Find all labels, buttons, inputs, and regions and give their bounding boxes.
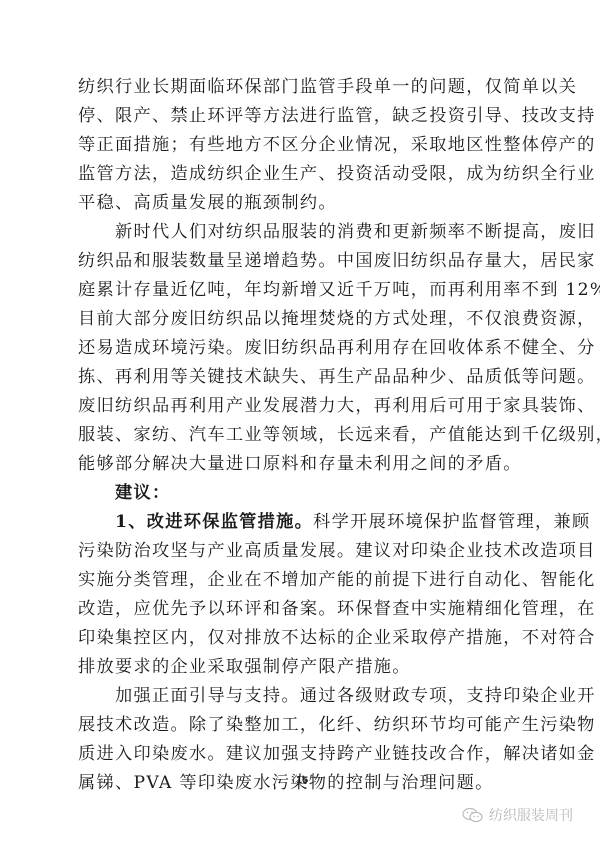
text-line: 加强正面引导与支持。通过各级财政专项，支持印染企业开 — [78, 682, 524, 711]
text-line: 排放要求的企业采取强制停产限产措施。 — [78, 653, 524, 682]
line-text: 纺织品和服装数量呈递增趋势。中国废旧纺织品存量大，居民家 — [78, 251, 596, 271]
line-text: 目前大部分废旧纺织品以掩埋焚烧的方式处理，不仅浪费资源， — [78, 309, 596, 329]
body-text: 纺织行业长期面临环保部门监管手段单一的问题，仅简单以关停、限产、禁止环评等方法进… — [78, 73, 524, 798]
line-text: 印染集控区内，仅对排放不达标的企业采取停产措施，不对符合 — [78, 628, 596, 648]
text-line: 等正面措施；有些地方不区分企业情况，采取地区性整体停产的 — [78, 131, 524, 160]
text-line: 拣、再利用等关键技术缺失、再生产品品种少、品质低等问题。 — [78, 363, 524, 392]
line-text: 展技术改造。除了染整加工，化纤、纺织环节均可能产生污染物 — [78, 715, 596, 735]
text-line: 庭累计存量近亿吨，年均新增又近千万吨，而再利用率不到 12%。 — [78, 276, 524, 305]
line-text: 实施分类管理，企业在不增加产能的前提下进行自动化、智能化 — [78, 570, 596, 590]
text-line: 纺织品和服装数量呈递增趋势。中国废旧纺织品存量大，居民家 — [78, 247, 524, 276]
text-line: 废旧纺织品再利用产业发展潜力大，再利用后可用于家具装饰、 — [78, 392, 524, 421]
line-text: 监管方法，造成纺织企业生产、投资活动受限，成为纺织全行业 — [78, 164, 596, 184]
line-text: 新时代人们对纺织品服装的消费和更新频率不断提高，废旧 — [115, 222, 596, 242]
text-line: 实施分类管理，企业在不增加产能的前提下进行自动化、智能化 — [78, 566, 524, 595]
text-line: 改造，应优先予以环评和备案。环保督查中实施精细化管理，在 — [78, 595, 524, 624]
text-line: 监管方法，造成纺织企业生产、投资活动受限，成为纺织全行业 — [78, 160, 524, 189]
watermark: 纺织服装周刊 — [462, 805, 573, 825]
line-text: 能够部分解决大量进口原料和存量未利用之间的矛盾。 — [78, 454, 522, 474]
watermark-text: 纺织服装周刊 — [489, 805, 573, 825]
wechat-icon — [462, 807, 484, 823]
section-heading: 1、改进环保监管措施。 — [115, 512, 313, 532]
line-text: 纺织行业长期面临环保部门监管手段单一的问题，仅简单以关 — [78, 77, 577, 97]
line-text: 排放要求的企业采取强制停产限产措施。 — [78, 657, 411, 677]
text-line: 新时代人们对纺织品服装的消费和更新频率不断提高，废旧 — [78, 218, 524, 247]
text-line: 展技术改造。除了染整加工，化纤、纺织环节均可能产生污染物 — [78, 711, 524, 740]
line-text: 等正面措施；有些地方不区分企业情况，采取地区性整体停产的 — [78, 135, 596, 155]
text-line: 纺织行业长期面临环保部门监管手段单一的问题，仅简单以关 — [78, 73, 524, 102]
text-line: 能够部分解决大量进口原料和存量未利用之间的矛盾。 — [78, 450, 524, 479]
text-line: 建议： — [78, 479, 524, 508]
line-text: 建议： — [115, 483, 170, 503]
line-text: 停、限产、禁止环评等方法进行监管，缺乏投资引导、技改支持 — [78, 106, 596, 126]
line-text: 质进入印染废水。建议加强支持跨产业链技改合作，解决诸如金 — [78, 744, 596, 764]
text-line: 停、限产、禁止环评等方法进行监管，缺乏投资引导、技改支持 — [78, 102, 524, 131]
text-line: 平稳、高质量发展的瓶颈制约。 — [78, 189, 524, 218]
text-line: 污染防治攻坚与产业高质量发展。建议对印染企业技术改造项目 — [78, 537, 524, 566]
line-text: 庭累计存量近亿吨，年均新增又近千万吨，而再利用率不到 12%。 — [78, 280, 600, 300]
line-text: 加强正面引导与支持。通过各级财政专项，支持印染企业开 — [115, 686, 596, 706]
line-text: 废旧纺织品再利用产业发展潜力大，再利用后可用于家具装饰、 — [78, 396, 596, 416]
text-line: 还易造成环境污染。废旧纺织品再利用存在回收体系不健全、分 — [78, 334, 524, 363]
line-text: 属锑、PVA 等印染废水污染物的控制与治理问题。 — [78, 773, 494, 793]
text-line: 目前大部分废旧纺织品以掩埋焚烧的方式处理，不仅浪费资源， — [78, 305, 524, 334]
document-page: 纺织行业长期面临环保部门监管手段单一的问题，仅简单以关停、限产、禁止环评等方法进… — [0, 0, 600, 848]
text-line: 1、改进环保监管措施。科学开展环境保护监督管理，兼顾 — [78, 508, 524, 537]
text-line: 服装、家纺、汽车工业等领域，长远来看，产值能达到千亿级别， — [78, 421, 524, 450]
line-text: 还易造成环境污染。废旧纺织品再利用存在回收体系不健全、分 — [78, 338, 596, 358]
line-text: 污染防治攻坚与产业高质量发展。建议对印染企业技术改造项目 — [78, 541, 596, 561]
text-line: 质进入印染废水。建议加强支持跨产业链技改合作，解决诸如金 — [78, 740, 524, 769]
line-text: 科学开展环境保护监督管理，兼顾 — [313, 512, 590, 532]
page-number: 15 — [296, 776, 309, 786]
line-text: 平稳、高质量发展的瓶颈制约。 — [78, 193, 337, 213]
line-text: 服装、家纺、汽车工业等领域，长远来看，产值能达到千亿级别， — [78, 425, 600, 445]
text-line: 印染集控区内，仅对排放不达标的企业采取停产措施，不对符合 — [78, 624, 524, 653]
line-text: 拣、再利用等关键技术缺失、再生产品品种少、品质低等问题。 — [78, 367, 596, 387]
line-text: 改造，应优先予以环评和备案。环保督查中实施精细化管理，在 — [78, 599, 596, 619]
